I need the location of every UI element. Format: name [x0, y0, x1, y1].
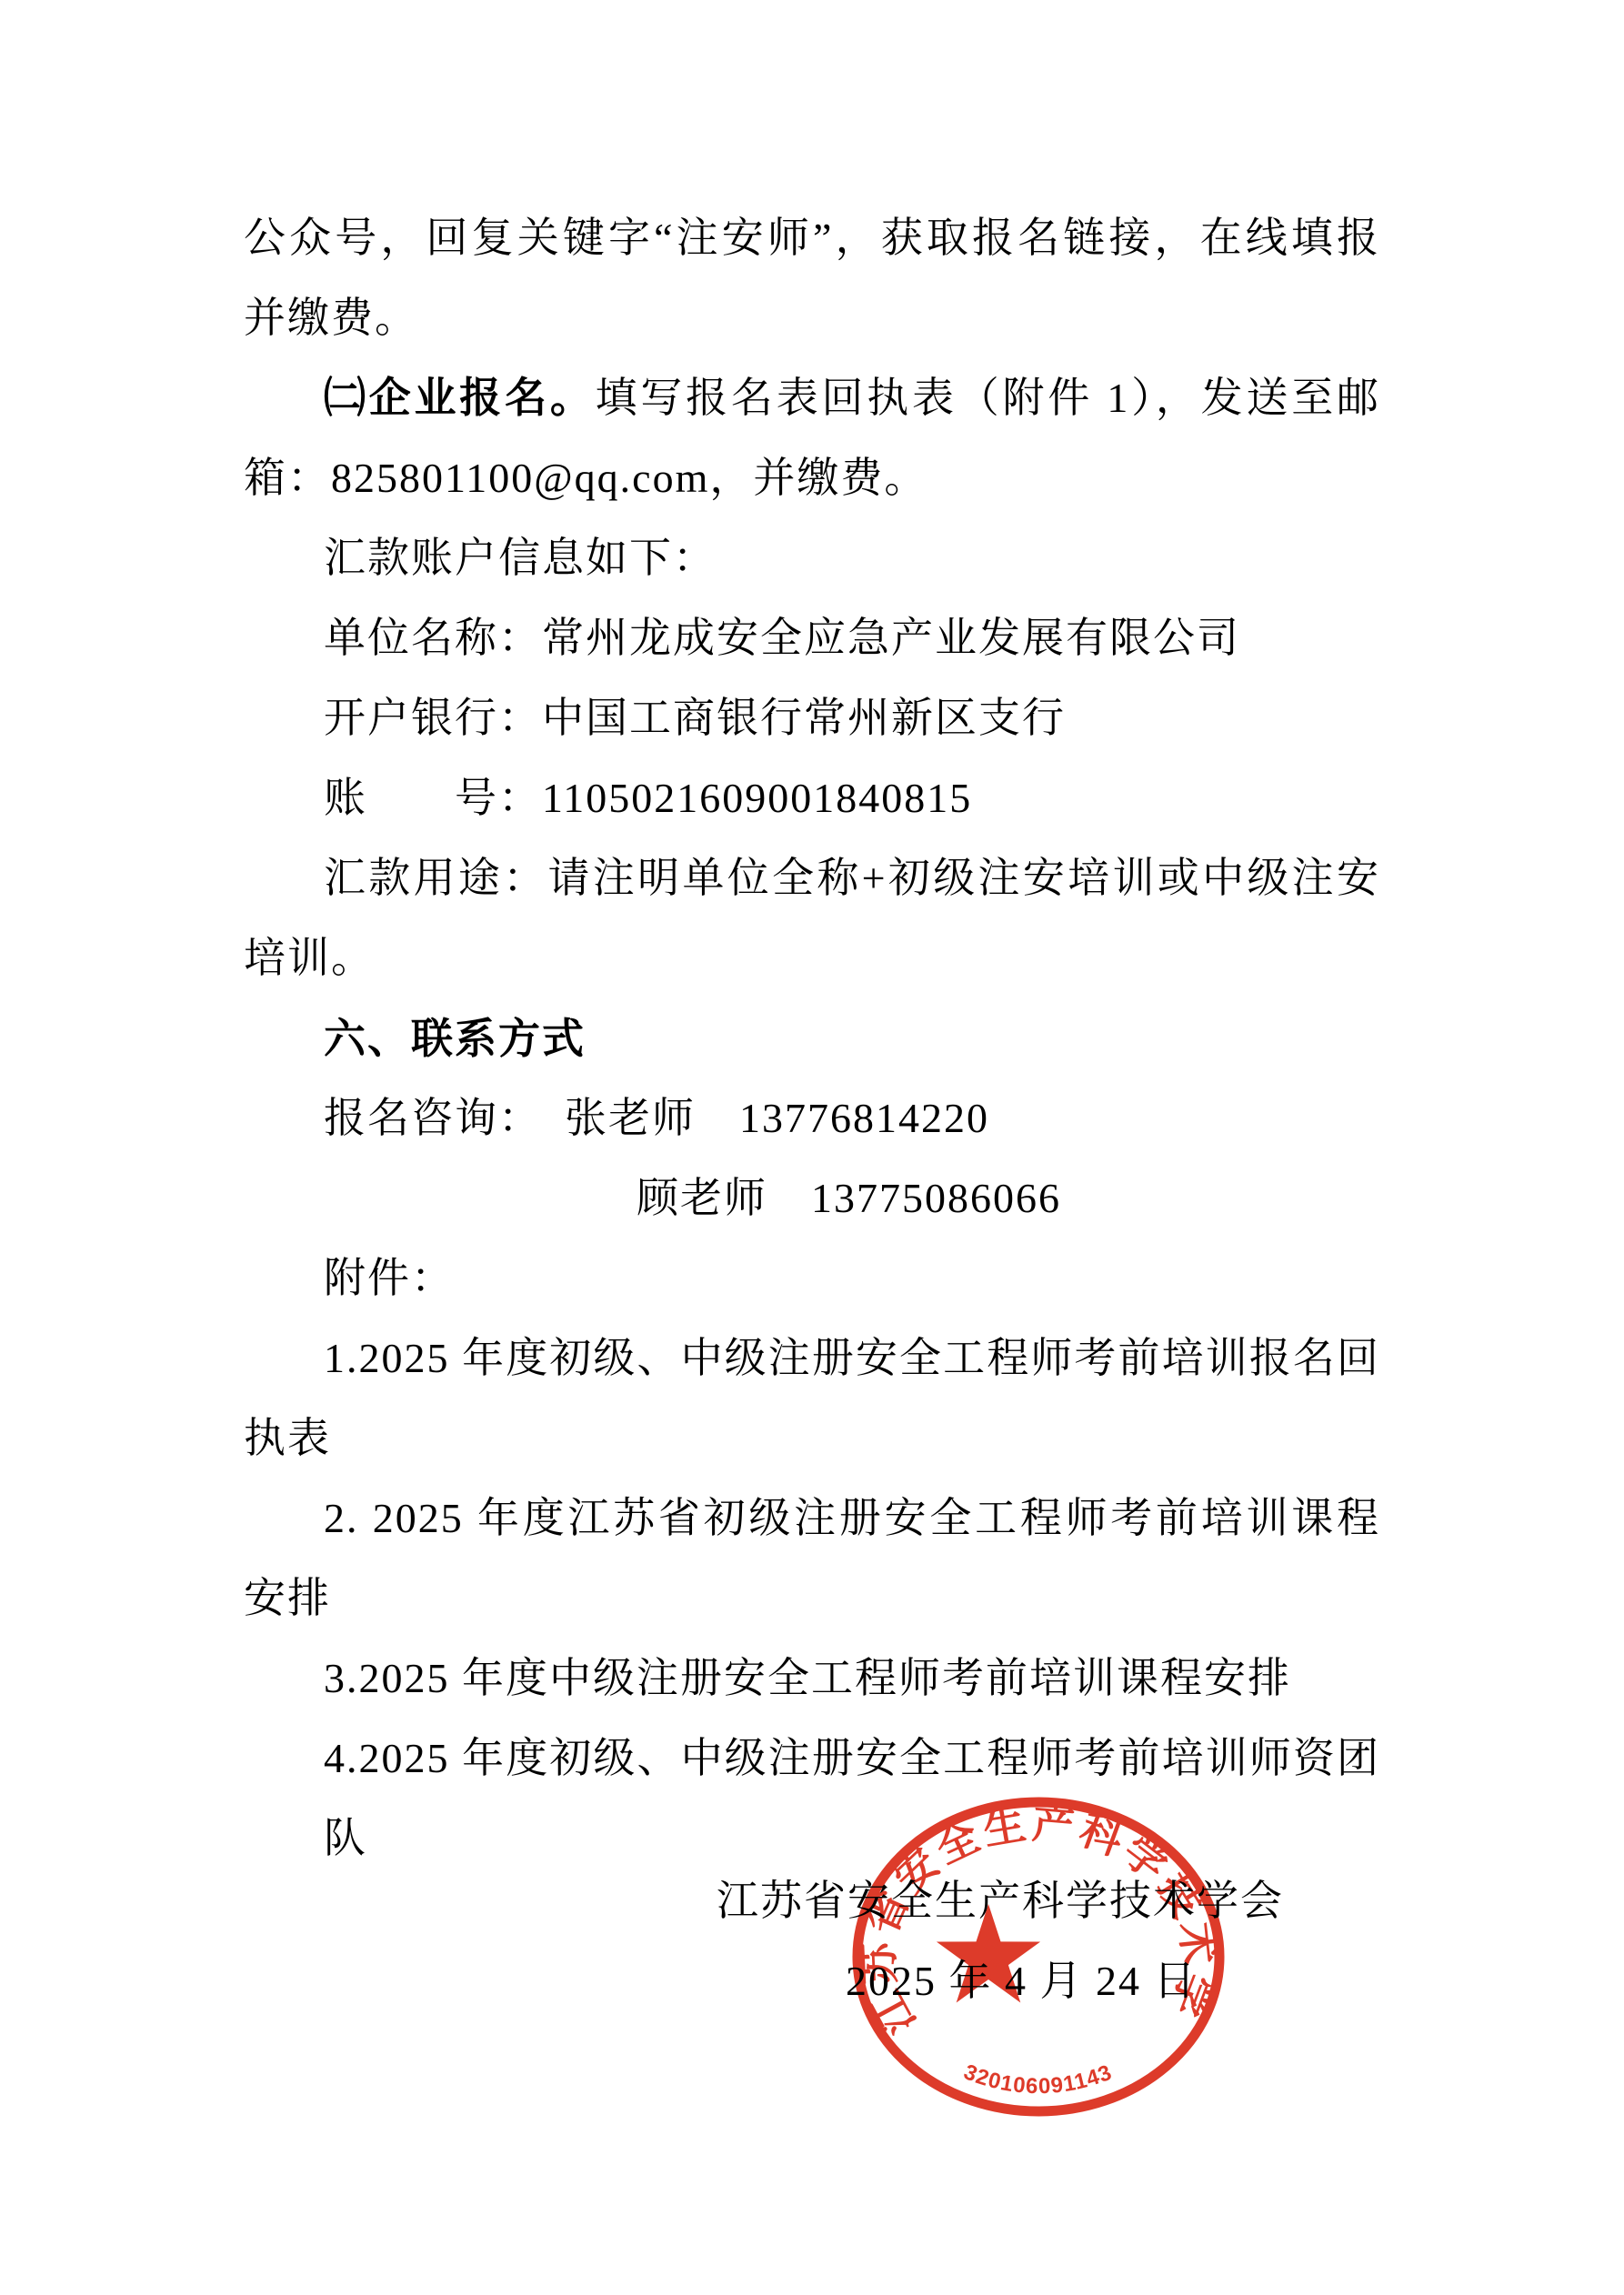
email-line: 箱：825801100@qq.com，并缴费。 [244, 438, 1380, 518]
wechat-instruction-line: 公众号，回复关键字“注安师”，获取报名链接，在线填报 [244, 198, 1380, 278]
attachment-1-line: 1.2025 年度初级、中级注册安全工程师考前培训报名回 [244, 1318, 1380, 1398]
document-body: 公众号，回复关键字“注安师”，获取报名链接，在线填报 并缴费。 ㈡企业报名。填写… [244, 198, 1380, 2021]
contact-gu-line: 顾老师 13775086066 [244, 1158, 1380, 1238]
issue-date: 2025 年 4 月 24 日 [244, 1941, 1380, 2021]
attachments-label: 附件： [244, 1238, 1380, 1318]
attachment-4-line: 4.2025 年度初级、中级注册安全工程师考前培训师资团队 [244, 1719, 1380, 1799]
attachment-2-line: 2. 2025 年度江苏省初级注册安全工程师考前培训课程 [244, 1478, 1380, 1558]
attachment-1-line-2: 执表 [244, 1398, 1380, 1478]
company-registration-text: 填写报名表回执表（附件 1），发送至邮 [596, 375, 1380, 421]
remittance-purpose-line: 汇款用途：请注明单位全称+初级注安培训或中级注安 [244, 838, 1380, 918]
issuer-name: 江苏省安全生产科学技术学会 [244, 1861, 1380, 1941]
document-page: 江苏省安全生产科学技术学会 3201060911433 公众号，回复关键字“注安… [0, 0, 1624, 2295]
contact-section-heading: 六、联系方式 [244, 998, 1380, 1078]
remittance-purpose-line-2: 培训。 [244, 918, 1380, 998]
account-name-line: 单位名称：常州龙成安全应急产业发展有限公司 [244, 598, 1380, 678]
attachment-2-line-2: 安排 [244, 1558, 1380, 1639]
bank-line: 开户银行：中国工商银行常州新区支行 [244, 678, 1380, 758]
signature-spacer [244, 1799, 1380, 1861]
remittance-info-heading: 汇款账户信息如下： [244, 518, 1380, 598]
company-registration-line: ㈡企业报名。填写报名表回执表（附件 1），发送至邮 [244, 358, 1380, 438]
wechat-instruction-line-2: 并缴费。 [244, 278, 1380, 358]
account-number-line: 账 号：1105021609001840815 [244, 758, 1380, 838]
company-registration-label: ㈡企业报名。 [324, 375, 596, 421]
attachment-3-line: 3.2025 年度中级注册安全工程师考前培训课程安排 [244, 1639, 1380, 1719]
contact-zhang-line: 报名咨询： 张老师 13776814220 [244, 1078, 1380, 1158]
